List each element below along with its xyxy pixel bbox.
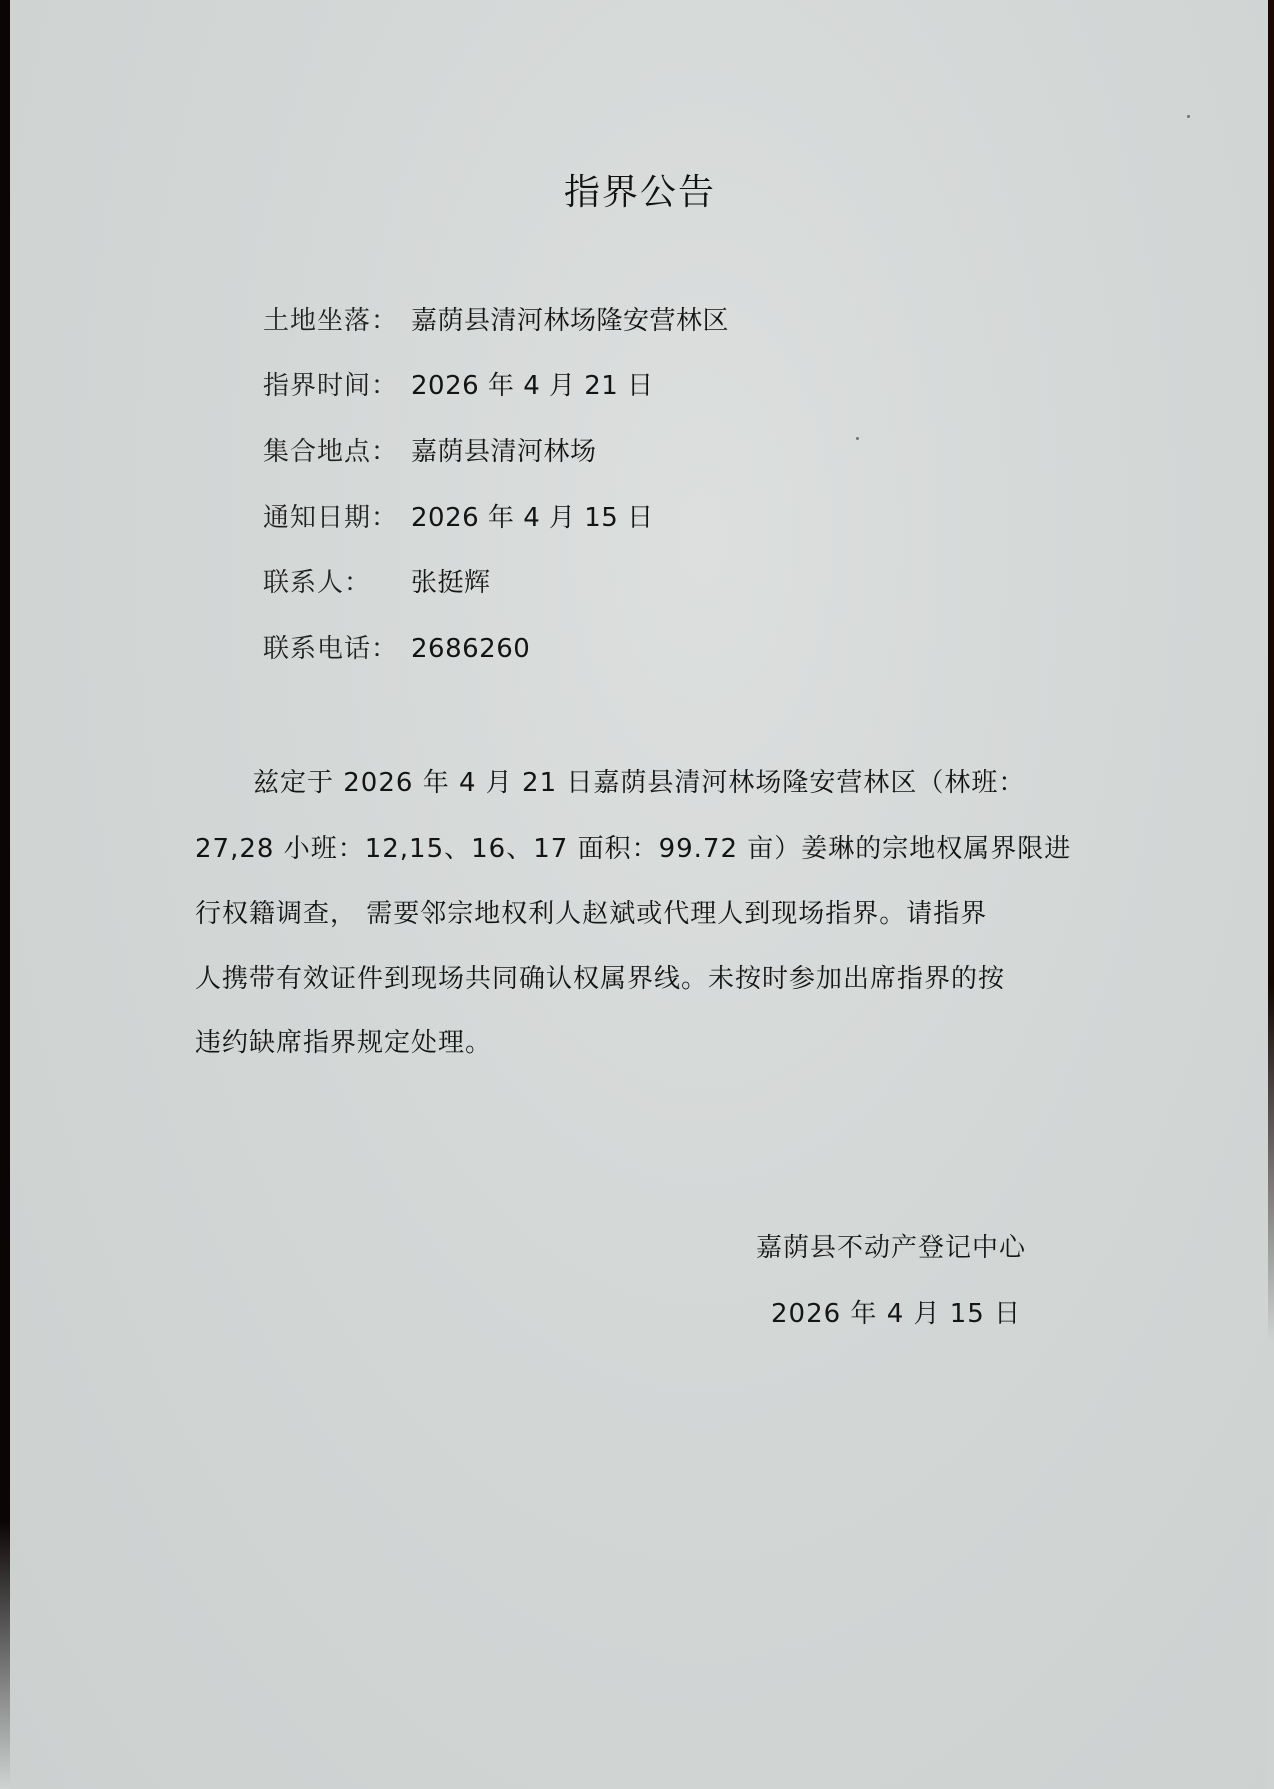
paper-speck	[856, 437, 859, 440]
info-value: 2026 年 4 月 21 日	[411, 365, 654, 402]
info-row-location: 土地坐落：嘉荫县清河林场隆安营林区	[263, 300, 729, 334]
body-paragraph-line: 行权籍调查， 需要邻宗地权利人赵斌或代理人到现场指界。请指界	[195, 893, 987, 930]
info-row-time: 指界时间：2026 年 4 月 21 日	[263, 365, 654, 399]
info-value: 2686260	[411, 634, 530, 664]
notice-paper: 指界公告 土地坐落：嘉荫县清河林场隆安营林区 指界时间：2026 年 4 月 2…	[10, 0, 1268, 1789]
info-value: 2026 年 4 月 15 日	[411, 497, 654, 534]
info-value: 嘉荫县清河林场隆安营林区	[411, 300, 729, 337]
body-paragraph-line: 违约缺席指界规定处理。	[195, 1022, 492, 1059]
body-paragraph-line: 人携带有效证件到现场共同确认权属界线。未按时参加出席指界的按	[195, 958, 1005, 995]
issuer-name: 嘉荫县不动产登记中心	[756, 1227, 1026, 1264]
body-paragraph-line: 27,28 小班：12,15、16、17 面积：99.72 亩）姜琳的宗地权属界…	[195, 828, 1071, 865]
info-row-contact-person: 联系人：张挺辉	[263, 562, 491, 596]
info-label: 联系人：	[263, 562, 411, 599]
info-label: 指界时间：	[263, 365, 411, 402]
info-row-notice-date: 通知日期：2026 年 4 月 15 日	[263, 497, 654, 531]
info-value: 张挺辉	[411, 562, 491, 599]
page-title: 指界公告	[10, 164, 1270, 215]
info-label: 通知日期：	[263, 497, 411, 534]
info-row-meeting-place: 集合地点：嘉荫县清河林场	[263, 431, 597, 465]
photo-border-left	[0, 0, 10, 1789]
info-label: 集合地点：	[263, 431, 411, 468]
body-paragraph-line: 兹定于 2026 年 4 月 21 日嘉荫县清河林场隆安营林区（林班：	[253, 762, 1025, 799]
issue-date: 2026 年 4 月 15 日	[771, 1293, 1021, 1330]
info-value: 嘉荫县清河林场	[411, 431, 597, 468]
info-row-contact-phone: 联系电话：2686260	[263, 628, 530, 662]
info-label: 联系电话：	[263, 628, 411, 665]
info-label: 土地坐落：	[263, 300, 411, 337]
photo-border-right	[1268, 0, 1274, 1789]
paper-speck	[1187, 115, 1190, 118]
